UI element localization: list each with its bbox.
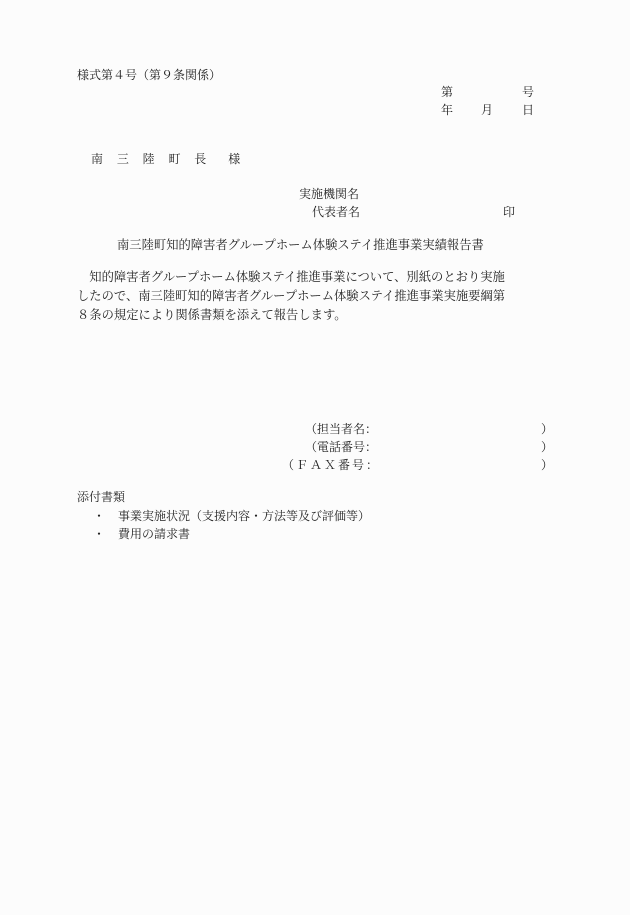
body-line: ８条の規定により関係書類を添えて報告します。 (77, 306, 553, 325)
phone-close: ） (541, 440, 553, 455)
attachment-item: 費用の請求書 (118, 527, 190, 542)
fax-close: ） (541, 458, 553, 473)
body-line: 知的障害者グループホーム体験ステイ推進事業について、別紙のとおり実施 (77, 268, 553, 287)
doc-number-prefix: 第 (441, 85, 453, 100)
doc-number-suffix: 号 (522, 85, 534, 100)
bullet: ・ (93, 509, 105, 524)
attachment-item: 事業実施状況（支援内容・方法等及び評価等） (118, 509, 370, 524)
body-line: したので、南三陸町知的障害者グループホーム体験ステイ推進事業実施要綱第 (77, 287, 553, 306)
form-number: 様式第４号（第９条関係） (77, 68, 221, 83)
seal-mark: 印 (503, 205, 515, 220)
bullet: ・ (93, 527, 105, 542)
contact-person-label: （担当者名： (305, 422, 377, 437)
document-title: 南三陸町知的障害者グループホーム体験ステイ推進事業実績報告書 (117, 238, 484, 253)
org-label: 実施機関名 (299, 187, 359, 202)
attachments-heading: 添付書類 (77, 490, 125, 505)
fax-label: （ＦＡＸ番号： (282, 458, 380, 473)
date-month: 月 (481, 103, 493, 118)
body-paragraph: 知的障害者グループホーム体験ステイ推進事業について、別紙のとおり実施 したので、… (77, 268, 553, 325)
date-year: 年 (441, 103, 453, 118)
contact-person-close: ） (541, 422, 553, 437)
addressee: 南 三 陸 町 長 様 (91, 152, 245, 167)
phone-label: （電話番号： (305, 440, 377, 455)
date-day: 日 (522, 103, 534, 118)
representative-label: 代表者名 (312, 205, 360, 220)
